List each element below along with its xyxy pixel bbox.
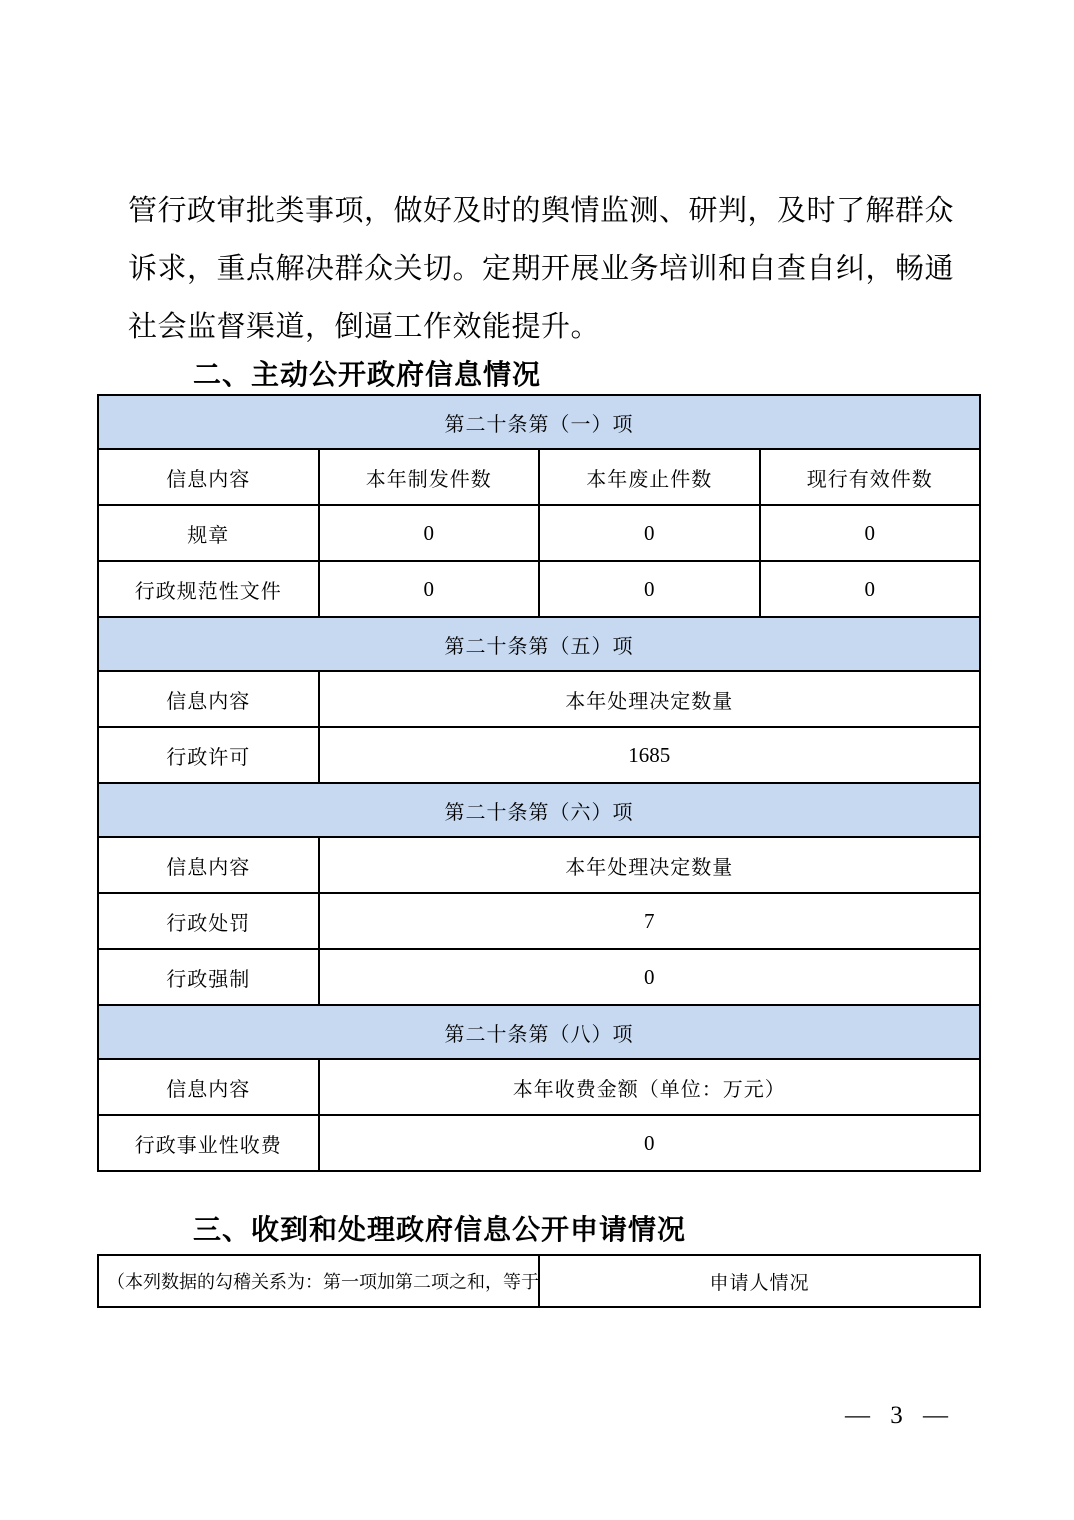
table-row: （本列数据的勾稽关系为：第一项加第二项之和，等于 申请人情况 [98, 1255, 980, 1307]
paragraph-line: 管行政审批类事项，做好及时的舆情监测、研判，及时了解群众 [128, 182, 964, 240]
paragraph-line: 社会监督渠道，倒逼工作效能提升。 [128, 298, 964, 356]
table-row: 规章 0 0 0 [98, 505, 980, 561]
body-paragraph: 管行政审批类事项，做好及时的舆情监测、研判，及时了解群众 诉求，重点解决群众关切… [128, 182, 964, 356]
column-header: 本年制发件数 [319, 449, 540, 505]
row-label: 行政事业性收费 [98, 1115, 319, 1171]
column-header: 信息内容 [98, 837, 319, 893]
table-note-cell: （本列数据的勾稽关系为：第一项加第二项之和，等于 [98, 1255, 539, 1307]
cell-value: 0 [760, 505, 981, 561]
row-label: 行政许可 [98, 727, 319, 783]
table-row: 行政事业性收费 0 [98, 1115, 980, 1171]
row-label: 行政强制 [98, 949, 319, 1005]
table-row: 信息内容 本年收费金额（单位：万元） [98, 1059, 980, 1115]
column-header: 本年收费金额（单位：万元） [319, 1059, 981, 1115]
table-section-header-part8: 第二十条第（八）项 [98, 1005, 980, 1059]
table-row: 信息内容 本年处理决定数量 [98, 671, 980, 727]
cell-value: 0 [319, 949, 981, 1005]
column-header: 信息内容 [98, 671, 319, 727]
table-section-header-part1: 第二十条第（一）项 [98, 395, 980, 449]
table-row: 第二十条第（八）项 [98, 1005, 980, 1059]
cell-value: 0 [319, 1115, 981, 1171]
column-header: 现行有效件数 [760, 449, 981, 505]
document-page: 管行政审批类事项，做好及时的舆情监测、研判，及时了解群众 诉求，重点解决群众关切… [0, 0, 1074, 1520]
disclosure-table: 第二十条第（一）项 信息内容 本年制发件数 本年废止件数 现行有效件数 规章 0… [97, 394, 981, 1172]
table-section-header-part5: 第二十条第（五）项 [98, 617, 980, 671]
column-header: 本年废止件数 [539, 449, 760, 505]
column-header: 本年处理决定数量 [319, 671, 981, 727]
table-row: 行政规范性文件 0 0 0 [98, 561, 980, 617]
cell-value: 0 [539, 505, 760, 561]
table-row: 行政处罚 7 [98, 893, 980, 949]
cell-value: 0 [539, 561, 760, 617]
table-row: 信息内容 本年制发件数 本年废止件数 现行有效件数 [98, 449, 980, 505]
table-row: 第二十条第（五）项 [98, 617, 980, 671]
paragraph-line: 诉求，重点解决群众关切。定期开展业务培训和自查自纠，畅通 [128, 240, 964, 298]
table-section-header-part6: 第二十条第（六）项 [98, 783, 980, 837]
table-row: 行政强制 0 [98, 949, 980, 1005]
column-header: 信息内容 [98, 449, 319, 505]
table-row: 信息内容 本年处理决定数量 [98, 837, 980, 893]
cell-value: 0 [319, 505, 540, 561]
row-label: 规章 [98, 505, 319, 561]
section-3-heading: 三、收到和处理政府信息公开申请情况 [193, 1208, 686, 1248]
table-row: 行政许可 1685 [98, 727, 980, 783]
table-row: 第二十条第（一）项 [98, 395, 980, 449]
column-header: 信息内容 [98, 1059, 319, 1115]
column-header: 本年处理决定数量 [319, 837, 981, 893]
applications-table: （本列数据的勾稽关系为：第一项加第二项之和，等于 申请人情况 [97, 1254, 981, 1308]
page-number: — 3 — [845, 1402, 948, 1430]
applicant-info-header: 申请人情况 [539, 1255, 980, 1307]
cell-value: 0 [760, 561, 981, 617]
section-2-heading: 二、主动公开政府信息情况 [193, 353, 541, 393]
table-row: 第二十条第（六）项 [98, 783, 980, 837]
cell-value: 0 [319, 561, 540, 617]
row-label: 行政处罚 [98, 893, 319, 949]
row-label: 行政规范性文件 [98, 561, 319, 617]
cell-value: 1685 [319, 727, 981, 783]
cell-value: 7 [319, 893, 981, 949]
